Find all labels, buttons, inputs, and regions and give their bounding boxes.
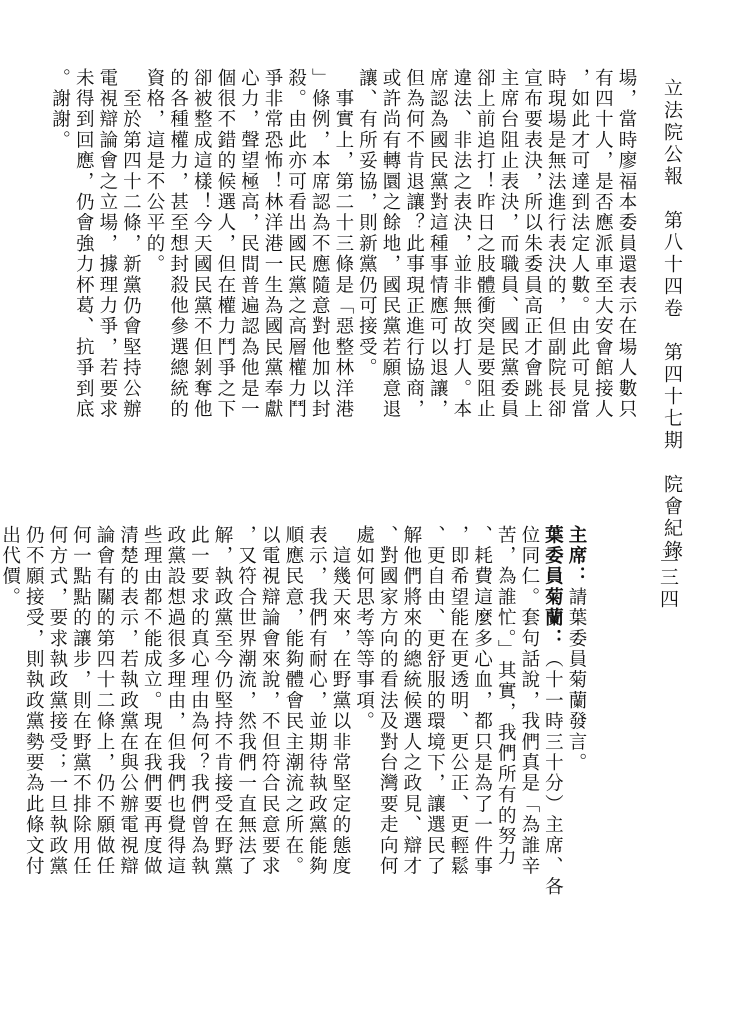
text-column: ，又符合世界潮流，然我們一直無法了 [234, 525, 258, 877]
text-column: 出代價。 [0, 525, 22, 608]
text-column: 主席：請葉委員菊蘭發言。 [564, 525, 588, 773]
issue-label: 第四十七期 [661, 342, 683, 452]
text-column: 心力，聲望極高，民間普遍認為他是一 [236, 68, 260, 420]
text-column: 處如何思考等等事項。 [352, 525, 376, 732]
column-text: 出代價。 [0, 525, 21, 608]
text-column: 解，執政黨至今仍堅持不肯接受在野黨 [210, 525, 234, 877]
column-text: 位同仁。套句話說，我們真是「為誰辛 [519, 525, 540, 877]
column-text: 仍不願接受，則執政黨勢要為此條文付 [23, 525, 44, 877]
text-column: 的各種權力，甚至想封殺他參選總統的 [166, 68, 190, 420]
column-text: 何方式，要求執政黨接受；一旦執政黨 [47, 525, 68, 877]
column-text: 這幾天來，在野黨以非常堅定的態度 [330, 525, 351, 877]
text-column: 苦，為誰忙。」其實，我們所有的努力 [493, 525, 517, 868]
column-text: 、對國家方向的看法及對台灣要走向何 [377, 525, 398, 877]
text-column: 或許尚有轉圜之餘地，國民黨若願意退 [378, 68, 402, 420]
column-text: 解，執政黨至今仍堅持不肯接受在野黨 [212, 525, 233, 877]
column-text: 、更自由、更舒服的環境下，讓選民了 [424, 525, 445, 877]
text-column: 有四十人，是否應派車至大安會館接人 [590, 68, 614, 420]
text-column: 事實上，第二十三條是「惡整林洋港 [331, 68, 355, 420]
column-text: 解他們將來的總統候選人之政見、辯才 [401, 525, 422, 877]
text-column: 何一點點的讓步，則在野黨不排除用任 [68, 525, 92, 877]
text-column: 、對國家方向的看法及對台灣要走向何 [375, 525, 399, 877]
text-column: 、耗費這麼多心血，都只是為了一件事 [470, 525, 494, 877]
text-column: 電視辯論會之立場，據理力爭，若要求 [95, 68, 119, 420]
column-text: 何一點點的讓步，則在野黨不排除用任 [70, 525, 91, 877]
text-column: 些理由都不能成立。現在我們要再度做 [139, 525, 163, 877]
text-column: 清楚的表示，若執政黨在與公辦電視辯 [116, 525, 140, 877]
text-column: 宣布要表決，所以朱委員高正才會跳上 [520, 68, 544, 420]
text-column: 、更自由、更舒服的環境下，讓選民了 [422, 525, 446, 877]
text-column: 席認為國民黨對這種事情應可以退讓， [425, 68, 449, 420]
text-column: 葉委員菊蘭：（十一時三十分）主席、各 [540, 525, 564, 898]
speaker-label: 葉委員菊蘭： [542, 525, 563, 649]
text-column: 爭非常恐怖！林洋港一生為國民黨奉獻 [260, 68, 284, 420]
text-column: 殺。由此亦可看出國民黨之高層權力鬥 [284, 68, 308, 420]
text-column: 個很不錯的候選人，但在權力鬥爭之下 [213, 68, 237, 420]
text-column: 表示，我們有耐心，並期待執政黨能夠 [304, 525, 328, 877]
text-column: 資格，這是不公平的。 [142, 68, 166, 275]
text-column: 此一要求的真心理由為何？我們曾為執 [186, 525, 210, 877]
text-column: 主席台阻止表決，而職員、國民黨委員 [496, 68, 520, 420]
column-text: ，又符合世界潮流，然我們一直無法了 [236, 525, 257, 877]
text-column: ，如此才可達到法定人數。由此可見當 [567, 68, 591, 420]
text-column: 解他們將來的總統候選人之政見、辯才 [399, 525, 423, 877]
column-text: 清楚的表示，若執政黨在與公辦電視辯 [118, 525, 139, 877]
column-text: 苦，為誰忙。」其實，我們所有的努力 [495, 525, 516, 868]
text-column: 政黨設想過很多理由，但我們也覺得這 [163, 525, 187, 877]
text-column: 時現場是無法進行表決的，但副院長卻 [543, 68, 567, 420]
text-column: 卻上前追打！昨日之肢體衝突是要阻止 [472, 68, 496, 420]
column-text: ，即希望能在更透明、更公正、更輕鬆 [448, 525, 469, 877]
text-column: 讓、有所妥協，則新黨仍可接受。 [354, 68, 378, 379]
text-column: 順應民意，能夠體會民主潮流之所在。 [281, 525, 305, 877]
text-column: 論會有關的第四十二條上，仍不願做任 [92, 525, 116, 877]
column-text: 順應民意，能夠體會民主潮流之所在。 [283, 525, 304, 877]
volume-label: 第八十四卷 [661, 210, 683, 320]
text-column: 仍不願接受，則執政黨勢要為此條文付 [21, 525, 45, 877]
text-column: 位同仁。套句話說，我們真是「為誰辛 [517, 525, 541, 877]
text-column: 。謝謝。 [48, 68, 72, 151]
text-column: ，即希望能在更透明、更公正、更輕鬆 [446, 525, 470, 877]
column-text: 請葉委員菊蘭發言。 [566, 587, 587, 773]
journal-header: 立法院公報 第八十四卷 第四十七期 院會紀錄 [660, 78, 684, 562]
text-column: 未得到回應，仍會強力杯葛、抗爭到底 [71, 68, 95, 420]
column-text: （十一時三十分）主席、各 [542, 649, 563, 897]
text-column: 這幾天來，在野黨以非常堅定的態度 [328, 525, 352, 877]
text-column: 卻被整成這樣！今天國民黨不但剝奪他 [189, 68, 213, 420]
text-column: 場，當時廖福本委員還表示在場人數只 [614, 68, 638, 420]
text-column: 」條例，本席認為不應隨意對他加以封 [307, 68, 331, 420]
speaker-label: 主席： [566, 525, 587, 587]
column-text: 些理由都不能成立。現在我們要再度做 [141, 525, 162, 877]
column-text: 、耗費這麼多心血，都只是為了一件事 [472, 525, 493, 877]
column-text: 處如何思考等等事項。 [354, 525, 375, 732]
text-column: 以電視辯論會來說，不但符合民意要求 [257, 525, 281, 877]
text-column: 何方式，要求執政黨接受；一旦執政黨 [45, 525, 69, 877]
column-text: 以電視辯論會來說，不但符合民意要求 [259, 525, 280, 877]
text-column: 至於第四十二條，新黨仍會堅持公辦 [118, 68, 142, 420]
column-text: 表示，我們有耐心，並期待執政黨能夠 [306, 525, 327, 877]
text-column: 但為何不肯退讓？此事現正進行協商， [402, 68, 426, 420]
page-number: 二三四 [656, 545, 680, 611]
column-text: 此一要求的真心理由為何？我們曾為執 [188, 525, 209, 877]
column-text: 論會有關的第四十二條上，仍不願做任 [94, 525, 115, 877]
journal-title: 立法院公報 [661, 78, 683, 188]
column-text: 政黨設想過很多理由，但我們也覺得這 [165, 525, 186, 877]
text-column: 違法、非法之表決，並非無故打人。本 [449, 68, 473, 420]
